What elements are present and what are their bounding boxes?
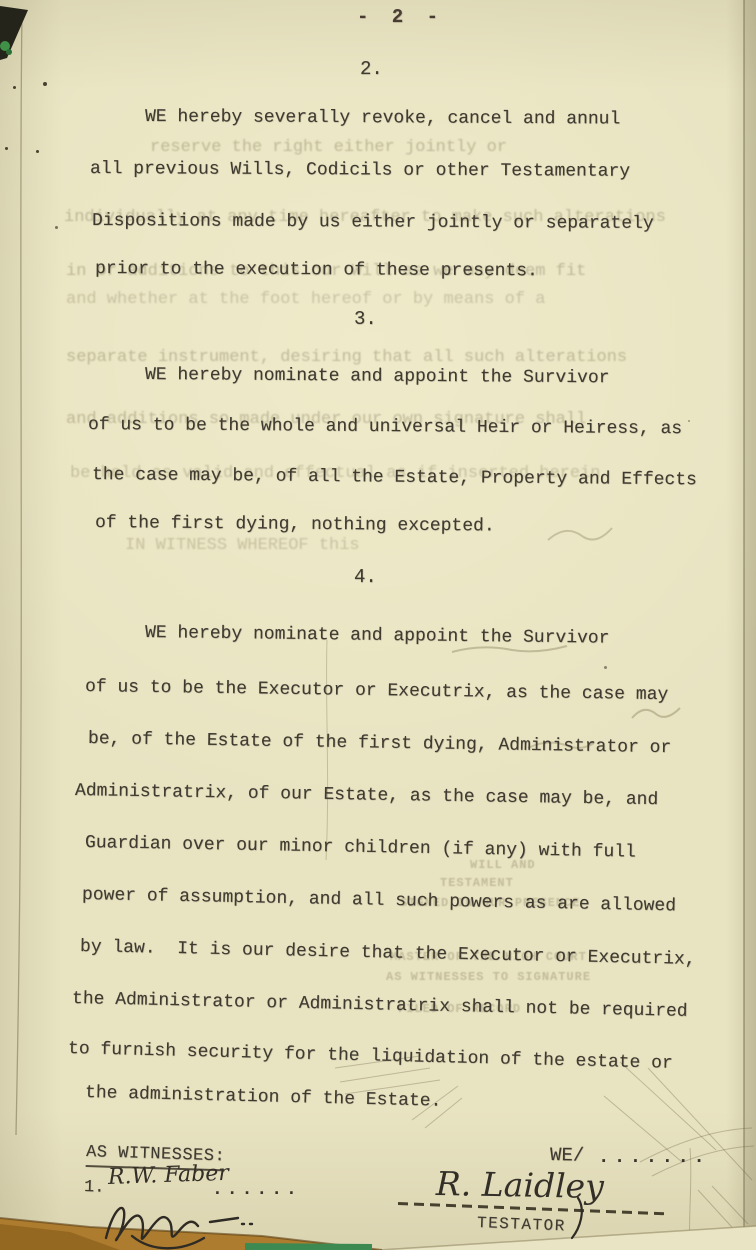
ghost-handwriting-smudge: [548, 528, 612, 540]
dust-speck: [688, 420, 690, 422]
we-label: WE/: [550, 1144, 585, 1167]
body-line: prior to the execution of these presents…: [95, 258, 538, 282]
body-line: WE hereby severally revoke, cancel and a…: [145, 106, 620, 130]
body-line: Dispositions made by us either jointly o…: [92, 210, 654, 235]
dust-speck: [168, 683, 170, 685]
body-line: all previous Wills, Codicils or other Te…: [90, 158, 630, 183]
testator-label: TESTATOR: [477, 1212, 567, 1237]
body-line: by law. It is our desire that the Execut…: [80, 936, 696, 971]
body-line: Administratrix, of our Estate, as the ca…: [75, 780, 659, 811]
body-line: the Administrator or Administratrix shal…: [72, 988, 688, 1023]
ghost-signature-smudge: [632, 708, 680, 718]
body-line: to furnish security for the liquidation …: [68, 1038, 673, 1075]
witness-signature-2-scrawl: [92, 1192, 262, 1250]
page-edge-right: [744, 0, 756, 1250]
body-line: power of assumption, and all such powers…: [82, 884, 676, 917]
ghost-stamp-line: AS WITNESSES TO SIGNATURE: [386, 970, 591, 984]
body-line: Guardian over our minor children (if any…: [85, 832, 636, 864]
body-line: be, of the Estate of the first dying, Ad…: [88, 728, 672, 759]
corner-shadow: [0, 0, 60, 80]
green-speck: [6, 49, 12, 55]
ghost-stamp-line: TESTAMENT: [440, 876, 514, 890]
scanned-will-page: reserve the right either jointly or indi…: [0, 0, 756, 1250]
page-edge-line: [743, 0, 745, 1250]
page-number: - 2 -: [357, 6, 444, 28]
dust-speck: [604, 666, 607, 669]
section-heading-3: 3.: [354, 308, 377, 330]
ghost-line: IN WITNESS WHEREOF this: [125, 536, 360, 555]
body-line: of us to be the whole and universal Heir…: [88, 414, 682, 440]
dust-speck: [55, 226, 58, 229]
ghost-line: reserve the right either jointly or: [150, 138, 507, 157]
body-line: of us to be the Executor or Executrix, a…: [85, 676, 669, 706]
binding-strip-green: [245, 1243, 372, 1250]
section-heading-2: 2.: [360, 58, 383, 80]
we-dots: .......: [598, 1146, 709, 1168]
dust-speck: [43, 82, 47, 86]
body-line: the case may be, of all the Estate, Prop…: [92, 464, 697, 491]
ghost-line: and whether at the foot hereof or by mea…: [66, 290, 545, 309]
body-line: WE hereby nominate and appoint the Survi…: [145, 622, 610, 650]
body-line: of the first dying, nothing excepted.: [95, 512, 495, 537]
dust-speck: [5, 147, 8, 150]
body-line: WE hereby nominate and appoint the Survi…: [145, 364, 610, 389]
dust-speck: [36, 150, 39, 153]
page-crease: [16, 12, 22, 1135]
witness-signature-faber: R.W. Faber: [108, 1161, 230, 1190]
section-heading-4: 4.: [354, 566, 377, 588]
body-line: the administration of the Estate.: [85, 1082, 442, 1113]
dust-speck: [13, 86, 16, 89]
